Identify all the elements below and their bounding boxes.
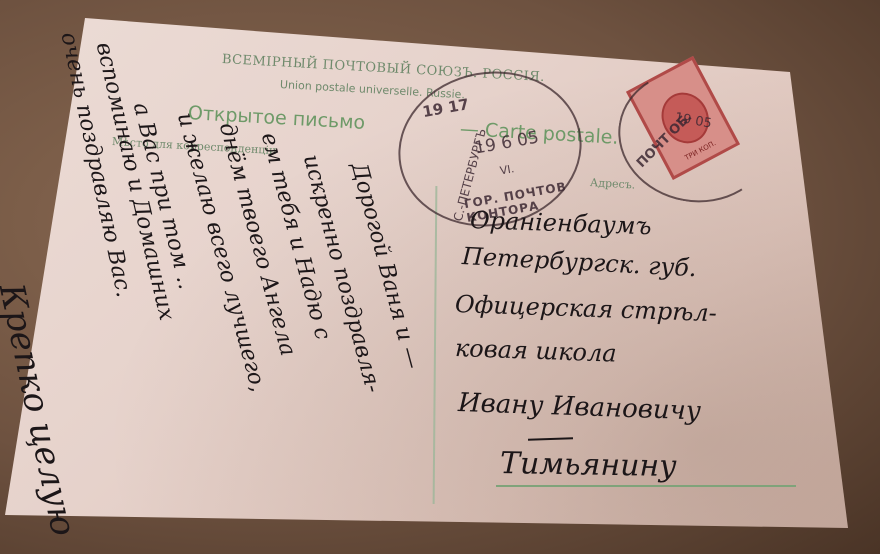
- address-line-surname: Тимьянину: [500, 446, 677, 484]
- address-label: Адресъ.: [590, 176, 636, 192]
- postmark-top: 19 17: [421, 95, 470, 121]
- address-line: ковая школа: [455, 334, 618, 368]
- postmark2-ring: ПОЧТ ОБ.: [634, 110, 695, 171]
- postmark-month: VI.: [499, 162, 515, 177]
- address-underline: [496, 485, 796, 487]
